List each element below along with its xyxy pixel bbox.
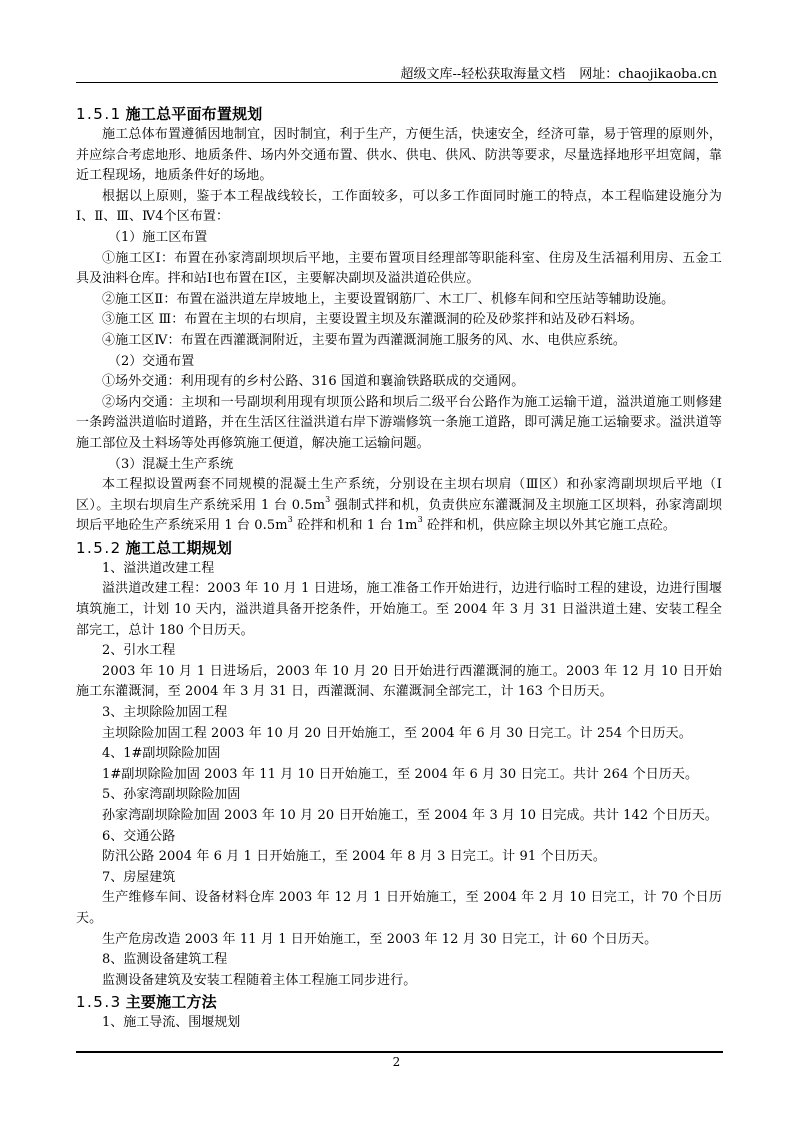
- section-title: 主要施工方法: [126, 993, 217, 1011]
- paragraph: 监测设备建筑及安装工程随着主体工程施工同步进行。: [76, 971, 722, 992]
- item-heading: 4、1#副坝除险加固: [76, 744, 722, 765]
- subheading: （3）混凝土生产系统: [76, 455, 722, 476]
- header-text: 超级文库--轻松获取海量文档网址：chaojikaoba.cn: [400, 63, 717, 82]
- paragraph: 防汛公路 2004 年 6 月 1 日开始施工，至 2004 年 8 月 3 日…: [76, 847, 722, 868]
- paragraph: ①施工区Ⅰ：布置在孙家湾副坝坝后平地，主要布置项目经理部等职能科室、住房及生活福…: [76, 249, 722, 290]
- section-title: 施工总平面布置规划: [126, 105, 263, 123]
- paragraph: 1#副坝除险加固 2003 年 11 月 10 日开始施工，至 2004 年 6…: [76, 765, 722, 786]
- footer-divider: [76, 1051, 723, 1053]
- section-number: 1.5.3: [76, 993, 122, 1011]
- paragraph: 生产维修车间、设备材料仓库 2003 年 12 月 1 日开始施工，至 2004…: [76, 888, 722, 929]
- paragraph-concrete-system: 本工程拟设置两套不同规模的混凝土生产系统，分别设在主坝右坝肩（Ⅲ区）和孙家湾副坝…: [76, 475, 722, 537]
- item-heading: 3、主坝除险加固工程: [76, 703, 722, 724]
- section-number: 1.5.2: [76, 539, 122, 557]
- paragraph: 根据以上原则，鉴于本工程战线较长，工作面较多，可以多工作面同时施工的特点，本工程…: [76, 187, 722, 228]
- section-heading-1-5-1: 1.5.1施工总平面布置规划: [76, 103, 722, 125]
- item-heading: 2、引水工程: [76, 641, 722, 662]
- paragraph: 孙家湾副坝除险加固 2003 年 10 月 20 日开始施工，至 2004 年 …: [76, 806, 722, 827]
- text-run: 砼拌和机和 1 台 1m: [293, 518, 418, 533]
- paragraph: 溢洪道改建工程：2003 年 10 月 1 日进场，施工准备工作开始进行，边进行…: [76, 579, 722, 641]
- document-body: 1.5.1施工总平面布置规划 施工总体布置遵循因地制宜，因时制宜，利于生产，方便…: [76, 103, 722, 1034]
- section-heading-1-5-2: 1.5.2施工总工期规划: [76, 537, 722, 559]
- header-divider: [76, 82, 718, 83]
- paragraph: 2003 年 10 月 1 日进场后，2003 年 10 月 20 日开始进行西…: [76, 662, 722, 703]
- item-heading: 1、施工导流、围堰规划: [76, 1013, 722, 1034]
- paragraph: ②场内交通：主坝和一号副坝利用现有坝顶公路和坝后二级平台公路作为施工运输干道，溢…: [76, 393, 722, 455]
- section-number: 1.5.1: [76, 105, 122, 123]
- item-heading: 7、房屋建筑: [76, 868, 722, 889]
- text-run: 砼拌和机，供应除主坝以外其它施工点砼。: [423, 518, 676, 533]
- header-site-name: 超级文库--轻松获取海量文档: [400, 67, 565, 82]
- item-heading: 6、交通公路: [76, 827, 722, 848]
- paragraph: ③施工区 Ⅲ：布置在主坝的右坝肩，主要设置主坝及东灌溉洞的砼及砂浆拌和站及砂石料…: [76, 310, 722, 331]
- subheading: （2）交通布置: [76, 352, 722, 373]
- subheading: （1）施工区布置: [76, 228, 722, 249]
- section-title: 施工总工期规划: [126, 539, 232, 557]
- paragraph: 施工总体布置遵循因地制宜，因时制宜，利于生产，方便生活，快速安全，经济可靠，易于…: [76, 125, 722, 187]
- page-number: 2: [0, 1055, 793, 1069]
- item-heading: 1、溢洪道改建工程: [76, 559, 722, 580]
- paragraph: 主坝除险加固工程 2003 年 10 月 20 日开始施工，至 2004 年 6…: [76, 724, 722, 745]
- item-heading: 8、监测设备建筑工程: [76, 950, 722, 971]
- paragraph: 生产危房改造 2003 年 11 月 1 日开始施工，至 2003 年 12 月…: [76, 930, 722, 951]
- paragraph: ④施工区Ⅳ：布置在西灌溉洞附近，主要布置为西灌溉洞施工服务的风、水、电供应系统。: [76, 331, 722, 352]
- item-heading: 5、孙家湾副坝除险加固: [76, 785, 722, 806]
- paragraph: ①场外交通：利用现有的乡村公路、316 国道和襄渝铁路联成的交通网。: [76, 372, 722, 393]
- paragraph: ②施工区Ⅱ：布置在溢洪道左岸坡地上，主要设置钢筋厂、木工厂、机修车间和空压站等辅…: [76, 290, 722, 311]
- header-url: 网址：chaojikaoba.cn: [579, 67, 717, 82]
- section-heading-1-5-3: 1.5.3主要施工方法: [76, 991, 722, 1013]
